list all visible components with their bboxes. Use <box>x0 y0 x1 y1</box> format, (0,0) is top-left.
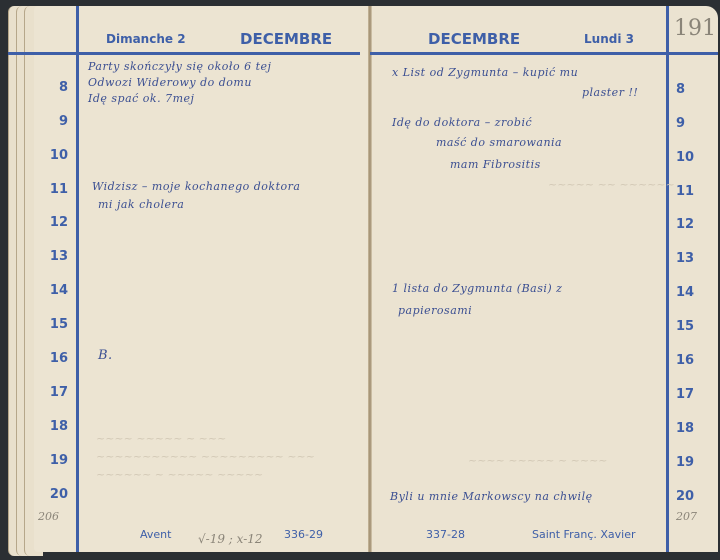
right-footer-saint: Saint Franç. Xavier <box>532 528 636 541</box>
handwritten-note: mi jak cholera <box>98 198 184 211</box>
handwritten-note: 1 lista do Zygmunta (Basi) z <box>392 282 562 295</box>
handwritten-note: B. <box>98 348 113 363</box>
left-day-label: Dimanche 2 <box>106 32 186 46</box>
left-month-label: DECEMBRE <box>240 30 332 48</box>
hour-label: 12 <box>676 217 706 232</box>
hour-label: 19 <box>676 455 706 470</box>
bleed-through-text: ~~~~ ~~~~~ ~ ~~~ <box>96 432 226 445</box>
hour-label: 10 <box>38 148 68 163</box>
hour-label: 10 <box>676 150 706 165</box>
header-rule-left <box>8 52 360 55</box>
bleed-through-text: ~~~~~ ~~ ~~~~~~ <box>548 178 675 191</box>
hour-label: 20 <box>676 489 706 504</box>
hour-label: 14 <box>676 285 706 300</box>
hour-label: 18 <box>38 419 68 434</box>
corner-page-number: 191 <box>674 16 716 41</box>
handwritten-note: Party skończyły się około 6 tej <box>88 60 271 73</box>
handwritten-note: mam Fibrositis <box>450 158 541 171</box>
bleed-through-text: ~~~~~~ ~ ~~~~~ ~~~~~ <box>96 468 263 481</box>
hour-label: 16 <box>38 351 68 366</box>
hour-label: 9 <box>38 114 68 129</box>
margin-rule-right <box>666 6 669 552</box>
bleed-through-text: ~~~~ ~~~~~ ~ ~~~~ <box>468 454 608 467</box>
left-footer-season: Avent <box>140 528 171 541</box>
hour-label: 12 <box>38 215 68 230</box>
bleed-through-text: ~~~~~~~~~~~ ~~~~~~~~~ ~~~ <box>96 450 315 463</box>
hour-label: 14 <box>38 283 68 298</box>
hour-label: 8 <box>676 82 706 97</box>
handwritten-note: Odwozi Widerowy do domu <box>88 76 252 89</box>
handwritten-note: Idę spać ok. 7mej <box>88 92 194 105</box>
hour-label: 19 <box>38 453 68 468</box>
hour-label: 15 <box>676 319 706 334</box>
handwritten-note: plaster !! <box>582 86 638 99</box>
right-footer-day-count: 337-28 <box>426 528 465 541</box>
hour-label: 8 <box>38 80 68 95</box>
handwritten-note: Byli u mnie Markowscy na chwilę <box>390 490 593 503</box>
hour-label: 20 <box>38 487 68 502</box>
left-footer-pencil-note: √-19 ; x-12 <box>198 532 263 546</box>
hour-label: 18 <box>676 421 706 436</box>
hour-label: 17 <box>676 387 706 402</box>
right-month-label: DECEMBRE <box>428 30 520 48</box>
hour-label: 13 <box>676 251 706 266</box>
handwritten-note: x List od Zygmunta – kupić mu <box>392 66 578 79</box>
right-page-number: 207 <box>676 510 697 523</box>
diary-spread: Dimanche 2 DECEMBRE DECEMBRE Lundi 3 191… <box>8 2 720 558</box>
hour-label: 13 <box>38 249 68 264</box>
margin-rule-left <box>76 6 79 552</box>
book-gutter <box>368 6 372 552</box>
hour-label: 9 <box>676 116 706 131</box>
hour-label: 15 <box>38 317 68 332</box>
handwritten-note: papierosami <box>398 304 472 317</box>
handwritten-note: Idę do doktora – zrobić <box>392 116 532 129</box>
left-page-number: 206 <box>38 510 59 523</box>
handwritten-note: Widzisz – moje kochanego doktora <box>92 180 300 193</box>
hour-label: 17 <box>38 385 68 400</box>
hour-label: 11 <box>676 184 706 199</box>
right-day-label: Lundi 3 <box>584 32 634 46</box>
hour-label: 16 <box>676 353 706 368</box>
handwritten-note: maść do smarowania <box>436 136 562 149</box>
hour-label: 11 <box>38 182 68 197</box>
left-footer-day-count: 336-29 <box>284 528 323 541</box>
